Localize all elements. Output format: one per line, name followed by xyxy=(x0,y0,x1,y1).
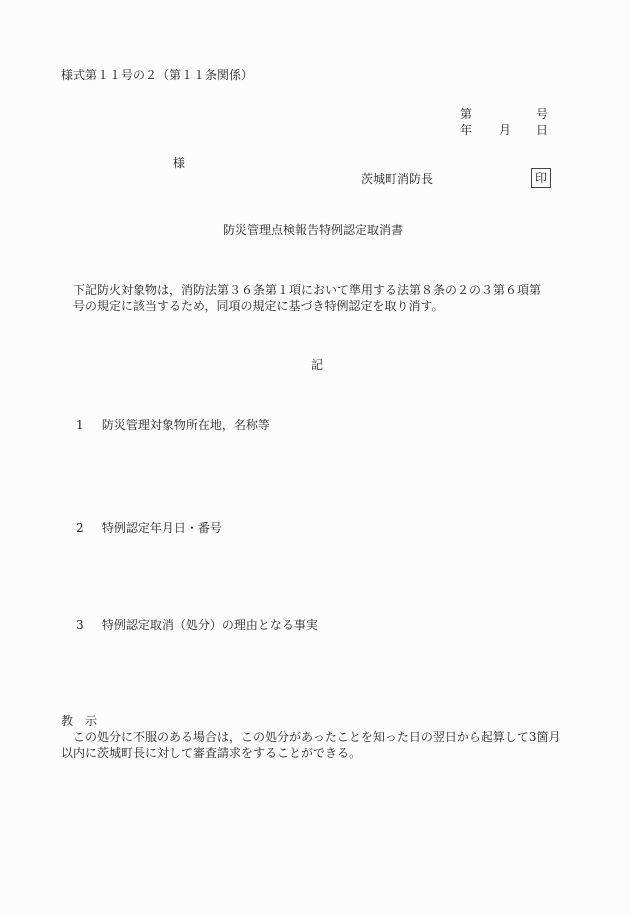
date-year-label: 年 xyxy=(460,122,472,138)
item-number: 2 xyxy=(76,520,98,536)
item-1: 1 防災管理対象物所在地，名称等 xyxy=(76,417,270,433)
body-line-1: 下記防火対象物は，消防法第３６条第１項において準用する法第８条の２の３第６項第 xyxy=(73,282,573,298)
notice-line-1: この処分に不服のある場合は，この処分があったことを知った日の翌日から起算して3箇… xyxy=(61,729,581,745)
document-number-prefix: 第 xyxy=(460,106,472,122)
seal-stamp-box: 印 xyxy=(531,168,551,188)
notice-heading: 教 示 xyxy=(61,713,97,729)
notice-line-2: 以内に茨城町長に対して審査請求をすることができる。 xyxy=(61,745,581,761)
recipient-honorific: 様 xyxy=(173,155,185,171)
item-2: 2 特例認定年月日・番号 xyxy=(76,520,222,536)
item-3: 3 特例認定取消（処分）の理由となる事実 xyxy=(76,617,318,633)
date-day-label: 日 xyxy=(536,122,548,138)
form-number: 様式第１１号の２（第１１条関係） xyxy=(61,67,253,83)
item-label: 防災管理対象物所在地，名称等 xyxy=(102,418,270,432)
body-paragraph: 下記防火対象物は，消防法第３６条第１項において準用する法第８条の２の３第６項第 … xyxy=(73,282,573,314)
document-title: 防災管理点検報告特例認定取消書 xyxy=(223,222,403,238)
item-label: 特例認定取消（処分）の理由となる事実 xyxy=(102,618,318,632)
notice-body: この処分に不服のある場合は，この処分があったことを知った日の翌日から起算して3箇… xyxy=(61,729,581,761)
document-number-suffix: 号 xyxy=(536,106,548,122)
item-number: 3 xyxy=(76,617,98,633)
item-number: 1 xyxy=(76,417,98,433)
item-label: 特例認定年月日・番号 xyxy=(102,521,222,535)
issuer-name: 茨城町消防長 xyxy=(361,171,433,187)
date-month-label: 月 xyxy=(499,122,511,138)
ki-heading: 記 xyxy=(311,357,323,373)
body-line-2: 号の規定に該当するため，同項の規定に基づき特例認定を取り消す。 xyxy=(73,298,573,314)
